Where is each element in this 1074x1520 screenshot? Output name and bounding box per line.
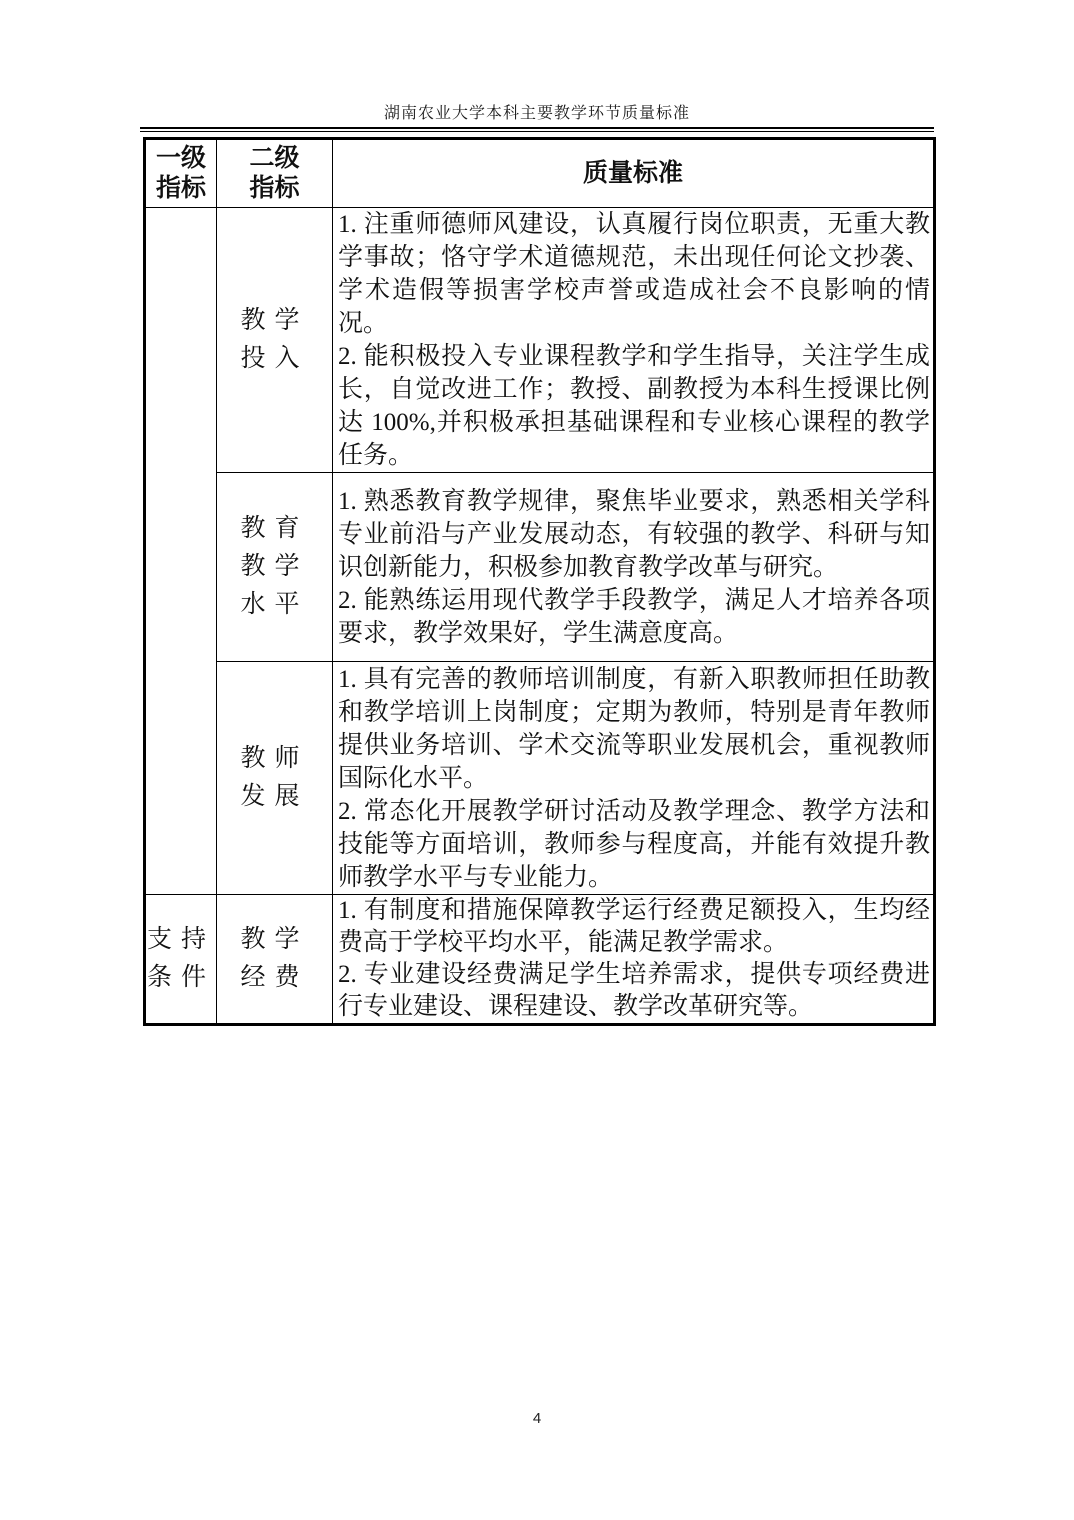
page-header-title: 湖南农业大学本科主要教学环节质量标准: [0, 100, 1074, 123]
standard-item-2: 2. 能熟练运用现代教学手段教学，满足人才培养各项要求，教学效果好，学生满意度高…: [333, 584, 933, 650]
standard-item-2: 2. 常态化开展教学研讨活动及教学理念、教学方法和技能等方面培训，教师参与程度高…: [333, 795, 933, 894]
table-row-teaching-funds: 支持 条件 教学 经费 1. 有制度和措施保障教学运行经费足额投入，生均经费高于…: [145, 895, 935, 1025]
standard-item-2: 2. 专业建设经费满足学生培养需求，提供专项经费进行专业建设、课程建设、教学改革…: [333, 959, 933, 1023]
column-header-level1: 一级 指标: [145, 139, 217, 208]
table-row-teaching-commitment: 教学 投入 1. 注重师德师风建设，认真履行岗位职责，无重大教学事故；恪守学术道…: [145, 208, 935, 473]
standards-cell-teacher-development: 1. 具有完善的教师培训制度，有新入职教师担任助教和教学培训上岗制度；定期为教师…: [333, 662, 935, 895]
standard-item-1: 1. 注重师德师风建设，认真履行岗位职责，无重大教学事故；恪守学术道德规范，未出…: [333, 208, 933, 340]
standard-item-1: 1. 具有完善的教师培训制度，有新入职教师担任助教和教学培训上岗制度；定期为教师…: [333, 663, 933, 795]
document-page: 湖南农业大学本科主要教学环节质量标准 一级 指标 二级 指标 质量标准 教学 投…: [0, 0, 1074, 1520]
level2-cell-teaching-commitment: 教学 投入: [217, 208, 333, 473]
page-number: 4: [0, 1410, 1074, 1427]
table-row-teacher-development: 教师 发展 1. 具有完善的教师培训制度，有新入职教师担任助教和教学培训上岗制度…: [145, 662, 935, 895]
standards-cell-teaching-funds: 1. 有制度和措施保障教学运行经费足额投入，生均经费高于学校平均水平，能满足教学…: [333, 895, 935, 1025]
level2-cell-teaching-level: 教育 教学 水平: [217, 473, 333, 662]
level1-cell-support-conditions: 支持 条件: [145, 895, 217, 1025]
column-header-standard: 质量标准: [333, 139, 935, 208]
standards-cell-teaching-commitment: 1. 注重师德师风建设，认真履行岗位职责，无重大教学事故；恪守学术道德规范，未出…: [333, 208, 935, 473]
column-header-level2: 二级 指标: [217, 139, 333, 208]
table-row-teaching-level: 教育 教学 水平 1. 熟悉教育教学规律，聚焦毕业要求，熟悉相关学科专业前沿与产…: [145, 473, 935, 662]
quality-standards-table: 一级 指标 二级 指标 质量标准 教学 投入 1. 注重师德师风建设，认真履行岗…: [143, 137, 936, 1026]
standard-item-1: 1. 有制度和措施保障教学运行经费足额投入，生均经费高于学校平均水平，能满足教学…: [333, 895, 933, 959]
standard-item-2: 2. 能积极投入专业课程教学和学生指导，关注学生成长，自觉改进工作；教授、副教授…: [333, 340, 933, 472]
level2-cell-teacher-development: 教师 发展: [217, 662, 333, 895]
table-header-row: 一级 指标 二级 指标 质量标准: [145, 139, 935, 208]
header-double-rule: [140, 127, 934, 132]
standards-cell-teaching-level: 1. 熟悉教育教学规律，聚焦毕业要求，熟悉相关学科专业前沿与产业发展动态，有较强…: [333, 473, 935, 662]
level2-cell-teaching-funds: 教学 经费: [217, 895, 333, 1025]
level1-cell-merged-empty: [145, 208, 217, 895]
standard-item-1: 1. 熟悉教育教学规律，聚焦毕业要求，熟悉相关学科专业前沿与产业发展动态，有较强…: [333, 485, 933, 584]
